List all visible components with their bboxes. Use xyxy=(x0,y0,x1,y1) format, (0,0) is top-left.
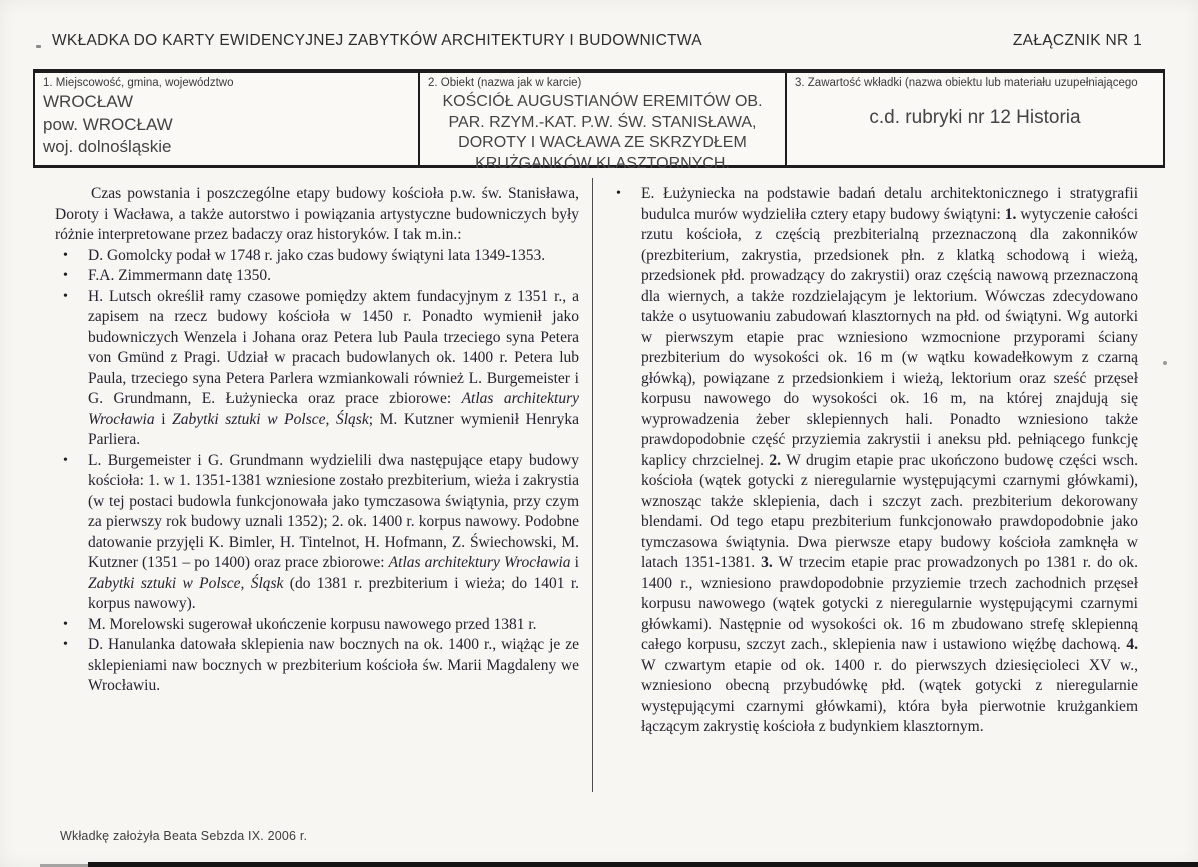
scanned-record-card: WKŁADKA DO KARTY EWIDENCYJNEJ ZABYTKÓW A… xyxy=(0,0,1198,867)
list-item: • F.A. Zimmermann datę 1350. xyxy=(55,266,579,287)
bullet-icon: • xyxy=(55,266,88,287)
location-county: pow. WROCŁAW xyxy=(43,114,410,137)
list-item-text: L. Burgemeister i G. Grundmann wydzielil… xyxy=(88,451,579,615)
cell-label-location: 1. Miejscowość, gmina, województwo xyxy=(43,76,410,91)
bullet-icon: • xyxy=(55,615,88,636)
list-item-text: H. Lutsch określił ramy czasowe pomiędzy… xyxy=(88,287,579,451)
list-item: • E. Łużyniecka na podstawie badań detal… xyxy=(608,184,1138,738)
list-item: • M. Morelowski sugerował ukończenie kor… xyxy=(55,615,579,636)
list-item-text: D. Gomolcky podał w 1748 r. jako czas bu… xyxy=(88,246,579,267)
column-divider-line xyxy=(592,178,593,792)
bullet-icon: • xyxy=(608,184,641,738)
scan-artifact-dot xyxy=(1163,361,1167,365)
list-item: • D. Gomolcky podał w 1748 r. jako czas … xyxy=(55,246,579,267)
list-item-text: F.A. Zimmermann datę 1350. xyxy=(88,266,579,287)
list-item-text: M. Morelowski sugerował ukończenie korpu… xyxy=(88,615,579,636)
cell-label-contents: 3. Zawartość wkładki (nazwa obiektu lub … xyxy=(795,76,1155,91)
location-voivodeship: woj. dolnośląskie xyxy=(43,136,410,159)
page-header: WKŁADKA DO KARTY EWIDENCYJNEJ ZABYTKÓW A… xyxy=(52,32,1142,50)
info-table: 1. Miejscowość, gmina, województwo WROCŁ… xyxy=(33,69,1165,168)
table-cell-location: 1. Miejscowość, gmina, województwo WROCŁ… xyxy=(35,73,420,165)
bullet-icon: • xyxy=(55,246,88,267)
intro-paragraph: Czas powstania i poszczególne etapy budo… xyxy=(55,184,579,246)
table-cell-contents: 3. Zawartość wkładki (nazwa obiektu lub … xyxy=(787,73,1163,165)
page-title: WKŁADKA DO KARTY EWIDENCYJNEJ ZABYTKÓW A… xyxy=(52,32,702,50)
bullet-icon: • xyxy=(55,287,88,451)
location-city: WROCŁAW xyxy=(43,91,410,114)
annex-label: ZAŁĄCZNIK NR 1 xyxy=(1013,32,1142,50)
cell-label-object: 2. Obiekt (nazwa jak w karcie) xyxy=(428,76,777,91)
list-item: • L. Burgemeister i G. Grundmann wydziel… xyxy=(55,451,579,615)
right-text-column: • E. Łużyniecka na podstawie badań detal… xyxy=(608,184,1138,738)
list-item-text: D. Hanulanka datowała sklepienia naw boc… xyxy=(88,635,579,697)
list-item: • D. Hanulanka datowała sklepienia naw b… xyxy=(55,635,579,697)
list-item: • H. Lutsch określił ramy czasowe pomięd… xyxy=(55,287,579,451)
scan-edge-strip xyxy=(88,862,1198,867)
scan-artifact-dash xyxy=(36,45,41,48)
contents-value: c.d. rubryki nr 12 Historia xyxy=(795,107,1155,129)
left-text-column: Czas powstania i poszczególne etapy budo… xyxy=(55,184,579,697)
bullet-icon: • xyxy=(55,451,88,615)
list-item-text: E. Łużyniecka na podstawie badań detalu … xyxy=(641,184,1138,738)
footer-note: Wkładkę założyła Beata Sebzda IX. 2006 r… xyxy=(60,829,307,843)
object-name: KOŚCIÓŁ AUGUSTIANÓW EREMITÓW OB. PAR. RZ… xyxy=(428,92,777,174)
bullet-icon: • xyxy=(55,635,88,697)
table-cell-object: 2. Obiekt (nazwa jak w karcie) KOŚCIÓŁ A… xyxy=(420,73,787,165)
